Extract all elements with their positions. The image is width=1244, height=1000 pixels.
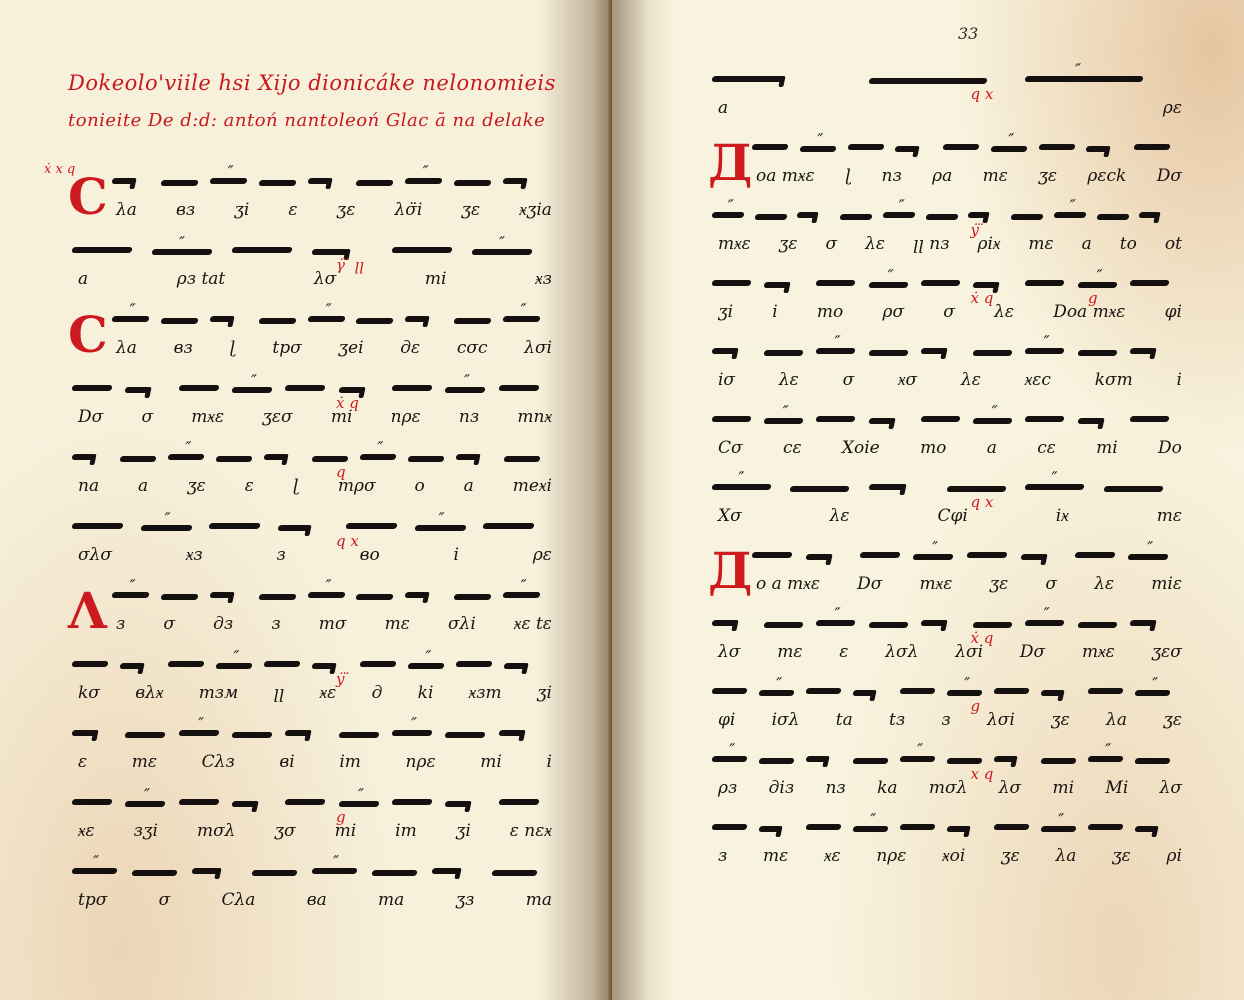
neume-row (72, 164, 552, 200)
red-martyria-mark: ẏ ̈ (336, 673, 349, 686)
music-system: Dσσmӿεӡεσminρεnзmnӿẋ q (72, 371, 552, 441)
neume-sign (711, 620, 736, 626)
neume-sign (882, 212, 915, 218)
music-system: Дo a mӿεDσmӿεӡεσλεmiε (712, 538, 1182, 608)
lyric-syllable: λσ (718, 642, 740, 662)
lyric-syllable: ʒei (338, 338, 363, 358)
music-system: iσλεσӿσλεӿεckσmi (712, 334, 1182, 404)
neume-sign (160, 180, 198, 186)
lyric-syllable: mε (983, 166, 1008, 186)
music-system: ρздiзnзkamσλλσmiMiλσx q (712, 742, 1182, 812)
lyric-syllable: mε (385, 614, 410, 634)
lyric-syllable: ρσ (882, 302, 904, 322)
lyric-syllable: σλσ (78, 545, 112, 565)
neume-sign (454, 594, 492, 600)
lyric-syllable: λσλ (885, 642, 918, 662)
neume-sign (338, 801, 379, 807)
neume-sign (764, 622, 804, 628)
lyric-syllable: ε (288, 200, 297, 220)
neume-sign (454, 180, 492, 186)
neume-sign (71, 385, 112, 391)
lyric-syllable: ӡi (718, 302, 733, 322)
neume-sign (913, 554, 955, 560)
lyric-syllable: λσ (314, 269, 336, 289)
neume-sign (285, 799, 326, 805)
neume-sign (258, 180, 296, 186)
lyric-syllable: meӿi (513, 476, 552, 496)
lyric-syllable: λσ (1160, 778, 1182, 798)
neume-sign (895, 146, 918, 152)
neume-sign (899, 756, 936, 762)
neume-sign (455, 454, 478, 460)
neume-sign (852, 758, 889, 764)
lyric-syllable: na (78, 476, 99, 496)
neume-sign (711, 76, 783, 82)
neume-sign (71, 454, 94, 460)
lyric-syllable: nρε (406, 752, 436, 772)
lyric-syllable: o a mӿε (756, 574, 820, 594)
neume-sign (751, 552, 793, 558)
neume-sign (491, 870, 537, 876)
lyric-syllable: ki (418, 683, 434, 703)
neume-row (72, 440, 552, 476)
lyric-syllable: λσi (987, 710, 1015, 730)
neume-sign (711, 824, 748, 830)
lyric-syllable: σ (1045, 574, 1057, 594)
neume-sign (859, 552, 901, 558)
music-system: φiiσλtatззλσiʒελaʒεg (712, 674, 1182, 744)
neume-sign (371, 870, 417, 876)
neume-sign (258, 318, 296, 324)
neume-sign (178, 385, 219, 391)
neume-sign (797, 212, 817, 218)
neume-row (712, 334, 1182, 370)
neume-row (712, 674, 1182, 710)
lyric-syllable: ka (877, 778, 897, 798)
lyric-syllable: oa mӿε (756, 166, 815, 186)
music-system: ӡiimoρσσλεDoa mӿεφiẋ qg (712, 266, 1182, 336)
lyric-syllable: ʒε (187, 476, 206, 496)
lyric-syllable: mӿε (1082, 642, 1115, 662)
lyric-syllable: λε (865, 234, 885, 254)
lyric-syllable: дiз (769, 778, 794, 798)
lyric-syllable: ꞁꞁ (273, 683, 284, 703)
neume-sign (946, 758, 983, 764)
lyric-syllable: ʒε (1163, 710, 1182, 730)
lyric-syllable: mnӿ (517, 407, 552, 427)
lyric-line: σλσӿззвoiρε (72, 545, 552, 565)
lyric-syllable: nз (825, 778, 845, 798)
lyric-syllable: i (772, 302, 777, 322)
neume-sign (119, 456, 156, 462)
music-system: aρз tatλσmiӿзγ̇ ̈ ꞁꞁ (72, 233, 552, 303)
lyric-syllable: ӿε (78, 821, 95, 841)
lyric-line: CσcεXoiemoacεmiDo (712, 438, 1182, 458)
neume-sign (258, 594, 296, 600)
neume-sign (215, 663, 252, 669)
lyric-syllable: Cφi (938, 506, 968, 526)
neume-sign (111, 592, 149, 598)
music-system: Λзσдззmσmεσλiӿε tε (72, 578, 552, 648)
neume-sign (1129, 348, 1154, 354)
neume-row (72, 509, 552, 545)
neume-sign (356, 180, 394, 186)
neume-sign (840, 214, 873, 220)
neume-sign (119, 663, 142, 669)
neume-sign (816, 416, 856, 422)
lyric-syllable: λσi (524, 338, 552, 358)
neume-row (72, 647, 552, 683)
neume-sign (946, 486, 1006, 492)
lyric-syllable: ρз (718, 778, 737, 798)
neume-sign (1134, 826, 1156, 832)
neume-sign (346, 523, 399, 529)
lyric-syllable: mo (920, 438, 946, 458)
neume-sign (111, 316, 149, 322)
lyric-line: λaвзɭtpσʒeiдεcσcλσi (72, 338, 552, 358)
lyric-syllable: ӿε (824, 846, 841, 866)
music-system: Cλaвзӡiεʒελσ̈iʒεӿʒia (72, 164, 552, 234)
neume-sign (1129, 620, 1154, 626)
neume-sign (1129, 416, 1169, 422)
neume-sign (799, 146, 836, 152)
lyric-syllable: λa (1106, 710, 1127, 730)
neume-sign (852, 690, 874, 696)
neume-sign (993, 756, 1015, 762)
lyric-syllable: mi (1096, 438, 1118, 458)
neume-sign (1139, 212, 1159, 218)
lyric-syllable: ρε (533, 545, 552, 565)
lyric-syllable: mε (1157, 506, 1182, 526)
neume-sign (1025, 620, 1065, 626)
neume-sign (503, 663, 526, 669)
neume-row (712, 810, 1182, 846)
lyric-syllable: ӿoi (942, 846, 965, 866)
lyric-syllable: mε (763, 846, 788, 866)
lyric-line: XσλεCφiiӿmε (712, 506, 1182, 526)
lyric-syllable: ӡεσ (262, 407, 292, 427)
neume-sign (764, 282, 789, 288)
neume-sign (311, 249, 348, 255)
lyric-syllable: λε (830, 506, 850, 526)
neume-sign (405, 316, 428, 322)
neume-sign (1087, 824, 1124, 830)
music-system: kσвλӿmзмꞁꞁӿεдkiӿзmӡiẏ ̈ (72, 647, 552, 717)
lyric-syllable: iσ (718, 370, 735, 390)
neume-sign (1025, 484, 1085, 490)
neume-sign (805, 756, 827, 762)
neume-sign (868, 282, 908, 288)
lyric-syllable: tз (889, 710, 905, 730)
lyric-syllable: cε (783, 438, 802, 458)
lyric-syllable: вλӿ (135, 683, 163, 703)
neume-sign (445, 801, 470, 807)
lyric-line: Dσσmӿεӡεσminρεnзmnӿ (72, 407, 552, 427)
lyric-syllable: mσλ (197, 821, 236, 841)
neume-sign (391, 730, 432, 736)
neume-row (72, 785, 552, 821)
lyric-syllable: ꞁꞁ nз (913, 234, 950, 254)
neume-sign (125, 801, 166, 807)
lyric-syllable: mε (132, 752, 157, 772)
neume-sign (816, 620, 856, 626)
neume-sign (968, 212, 988, 218)
lyric-line: λσmεελσλλσiDσmӿεӡεσ (712, 642, 1182, 662)
neume-row (712, 130, 1182, 166)
lyric-syllable: ӡε (990, 574, 1009, 594)
title-line-1: Dokeolo'viile hsi Xijo dionicáke nelonom… (68, 64, 588, 102)
lyric-syllable: Dσ (1020, 642, 1045, 662)
lyric-syllable: Dσ (78, 407, 103, 427)
neume-sign (1025, 416, 1065, 422)
neume-sign (711, 416, 751, 422)
neume-sign (263, 454, 286, 460)
lyric-syllable: iσλ (772, 710, 800, 730)
neume-sign (1128, 554, 1170, 560)
lyric-syllable: σ (843, 370, 855, 390)
neume-sign (966, 552, 1008, 558)
neume-sign (758, 690, 795, 696)
lyric-syllable: ʒε (1001, 846, 1020, 866)
lyric-line: kσвλӿmзмꞁꞁӿεдkiӿзmӡi (72, 683, 552, 703)
lyric-line: naaʒεεɭmρσoameӿi (72, 476, 552, 496)
neume-row (712, 606, 1182, 642)
neume-sign (990, 146, 1027, 152)
lyric-syllable: λε (779, 370, 799, 390)
neume-sign (868, 418, 893, 424)
neume-sign (407, 663, 444, 669)
neume-sign (1025, 280, 1065, 286)
lyric-syllable: mi (425, 269, 447, 289)
lyric-syllable: ρεck (1087, 166, 1126, 186)
neume-sign (391, 385, 432, 391)
neume-sign (231, 732, 272, 738)
red-martyria-mark: q x (971, 88, 994, 101)
neume-sign (167, 661, 204, 667)
lyric-syllable: ӡεσ (1152, 642, 1182, 662)
neume-sign (311, 868, 357, 874)
neume-sign (125, 732, 166, 738)
neume-sign (868, 78, 987, 84)
lyric-syllable: nρε (876, 846, 906, 866)
neume-sign (455, 661, 492, 667)
neume-sign (868, 484, 905, 490)
lyric-syllable: ma (526, 890, 552, 910)
lyric-line: φiiσλtatззλσiʒελaʒε (712, 710, 1182, 730)
lyric-syllable: ρз tat (177, 269, 225, 289)
neume-sign (920, 348, 945, 354)
neume-row (72, 302, 552, 338)
lyric-syllable: tpσ (78, 890, 107, 910)
neume-sign (359, 661, 396, 667)
lyric-syllable: a (1082, 234, 1092, 254)
neume-sign (407, 456, 444, 462)
neume-sign (277, 525, 309, 531)
neume-sign (711, 348, 736, 354)
neume-sign (754, 214, 787, 220)
lyric-syllable: λσ (999, 778, 1021, 798)
lyric-syllable: ӿεc (1025, 370, 1051, 390)
neume-sign (790, 486, 850, 492)
neume-sign (125, 387, 150, 393)
neume-sign (1025, 348, 1065, 354)
neume-sign (1086, 146, 1109, 152)
lyric-syllable: ʒε (1112, 846, 1131, 866)
neume-sign (503, 456, 540, 462)
neume-sign (972, 350, 1012, 356)
neume-sign (1077, 282, 1117, 288)
neume-sign (191, 868, 219, 874)
neume-sign (405, 592, 428, 598)
neume-sign (764, 350, 804, 356)
neume-sign (160, 594, 198, 600)
lyric-syllable: ӡε (779, 234, 798, 254)
neume-sign (920, 280, 960, 286)
neume-sign (263, 661, 300, 667)
music-system: tpσσCλaвamaʒзma (72, 854, 552, 924)
red-martyria-mark: ẋ q (971, 292, 994, 305)
music-system: σλσӿззвoiρεq x (72, 509, 552, 579)
neume-sign (131, 870, 177, 876)
left-page: Dokeolo'viile hsi Xijo dionicáke nelonom… (0, 0, 612, 1000)
neume-sign (71, 523, 124, 529)
neume-sign (805, 554, 830, 560)
lyric-syllable: ʒε (1051, 710, 1070, 730)
neume-sign (1053, 212, 1086, 218)
neume-sign (946, 826, 968, 832)
neume-sign (231, 801, 256, 807)
lyric-syllable: Cλa (222, 890, 256, 910)
music-system: CσcεXoiemoacεmiDo (712, 402, 1182, 472)
neume-sign (414, 525, 467, 531)
lyric-syllable: a (718, 98, 728, 118)
lyric-syllable: Do (1158, 438, 1182, 458)
neume-sign (1077, 418, 1102, 424)
lyric-syllable: ma (378, 890, 404, 910)
lyric-syllable: mε (1028, 234, 1053, 254)
neume-sign (71, 730, 96, 736)
lyric-syllable: ӿз (535, 269, 552, 289)
music-system: λσmεελσλλσiDσmӿεӡεσẋ q (712, 606, 1182, 676)
lyric-syllable: ɭ (230, 338, 236, 358)
lyric-syllable: Xσ (718, 506, 742, 526)
neume-sign (972, 622, 1012, 628)
neume-sign (454, 318, 492, 324)
lyric-syllable: σ (943, 302, 955, 322)
neume-sign (942, 144, 979, 150)
lyric-syllable: miε (1151, 574, 1182, 594)
neume-sign (498, 799, 539, 805)
neume-sign (1010, 214, 1043, 220)
lyric-line: λaвзӡiεʒελσ̈iʒεӿʒia (72, 200, 552, 220)
neume-sign (391, 799, 432, 805)
lyric-syllable: a (987, 438, 997, 458)
lyric-syllable: ε (78, 752, 87, 772)
lyric-syllable: дз (213, 614, 233, 634)
rubric-title: Dokeolo'viile hsi Xijo dionicáke nelonom… (68, 64, 588, 140)
lyric-syllable: ӿε tε (514, 614, 552, 634)
neume-sign (847, 144, 884, 150)
lyric-syllable: mӿε (718, 234, 751, 254)
neume-sign (1087, 688, 1124, 694)
lyric-syllable: σ (825, 234, 837, 254)
neume-sign (215, 456, 252, 462)
red-martyria-mark: γ̇ ̈ ꞁꞁ (336, 259, 364, 272)
neume-sign (471, 249, 532, 255)
lyric-syllable: з (116, 614, 125, 634)
lyric-syllable: mi (1052, 778, 1074, 798)
lyric-syllable: з (276, 545, 285, 565)
neume-sign (160, 318, 198, 324)
red-martyria-mark: g (336, 811, 346, 824)
lyric-syllable: mε (777, 642, 802, 662)
neume-sign (711, 280, 751, 286)
lyric-syllable: mӿε (920, 574, 953, 594)
lyric-syllable: вз (174, 338, 193, 358)
neume-sign (1038, 144, 1075, 150)
neume-sign (1087, 756, 1124, 762)
lyric-line: зσдззmσmεσλiӿε tε (72, 614, 552, 634)
lyric-syllable: mσ (319, 614, 347, 634)
lyric-syllable: cε (1037, 438, 1056, 458)
neume-sign (405, 178, 443, 184)
lyric-syllable: д (372, 683, 383, 703)
lyric-syllable: tpσ (272, 338, 301, 358)
lyric-syllable: ε (839, 642, 848, 662)
lyric-syllable: a (464, 476, 474, 496)
lyric-syllable: ӿз (186, 545, 203, 565)
lyric-line: εmεCλзвiimnρεmii (72, 752, 552, 772)
neume-sign (231, 387, 272, 393)
neume-row (712, 198, 1182, 234)
lyric-line: o a mӿεDσmӿεӡεσλεmiε (712, 574, 1182, 594)
lyric-syllable: kσm (1095, 370, 1133, 390)
lyric-line: ӿεзӡimσλӡσmiimӡiε nεӿ (72, 821, 552, 841)
neume-sign (338, 732, 379, 738)
music-system: Cλaвзɭtpσʒeiдεcσcλσi (72, 302, 552, 372)
neume-sign (178, 730, 219, 736)
lyric-syllable: ӡi (234, 200, 249, 220)
neume-sign (307, 178, 330, 184)
lyric-syllable: σλi (448, 614, 476, 634)
lyric-syllable: ӿʒia (519, 200, 552, 220)
lyric-syllable: ρi (1166, 846, 1181, 866)
lyric-syllable: з (941, 710, 950, 730)
neume-sign (920, 416, 960, 422)
neume-sign (758, 826, 780, 832)
neume-sign (231, 247, 292, 253)
lyric-syllable: ӡi (456, 821, 471, 841)
neume-sign (307, 592, 345, 598)
neume-sign (391, 247, 452, 253)
lyric-syllable: ε (245, 476, 254, 496)
lyric-syllable: Cλз (202, 752, 235, 772)
neume-row (712, 266, 1182, 302)
neume-row (712, 470, 1182, 506)
neume-sign (209, 178, 247, 184)
lyric-syllable: ӿσ (898, 370, 917, 390)
music-system: εmεCλзвiimnρεmii (72, 716, 552, 786)
neume-sign (899, 824, 936, 830)
lyric-syllable: λε (1094, 574, 1114, 594)
lyric-syllable: λa (116, 338, 137, 358)
neume-sign (151, 249, 212, 255)
lyric-syllable: σ (163, 614, 175, 634)
music-system: Дoa mӿεɭnзρamεʒερεckDσ (712, 130, 1182, 200)
neume-sign (251, 870, 297, 876)
lyric-syllable: λε (994, 302, 1014, 322)
neume-sign (711, 756, 748, 762)
